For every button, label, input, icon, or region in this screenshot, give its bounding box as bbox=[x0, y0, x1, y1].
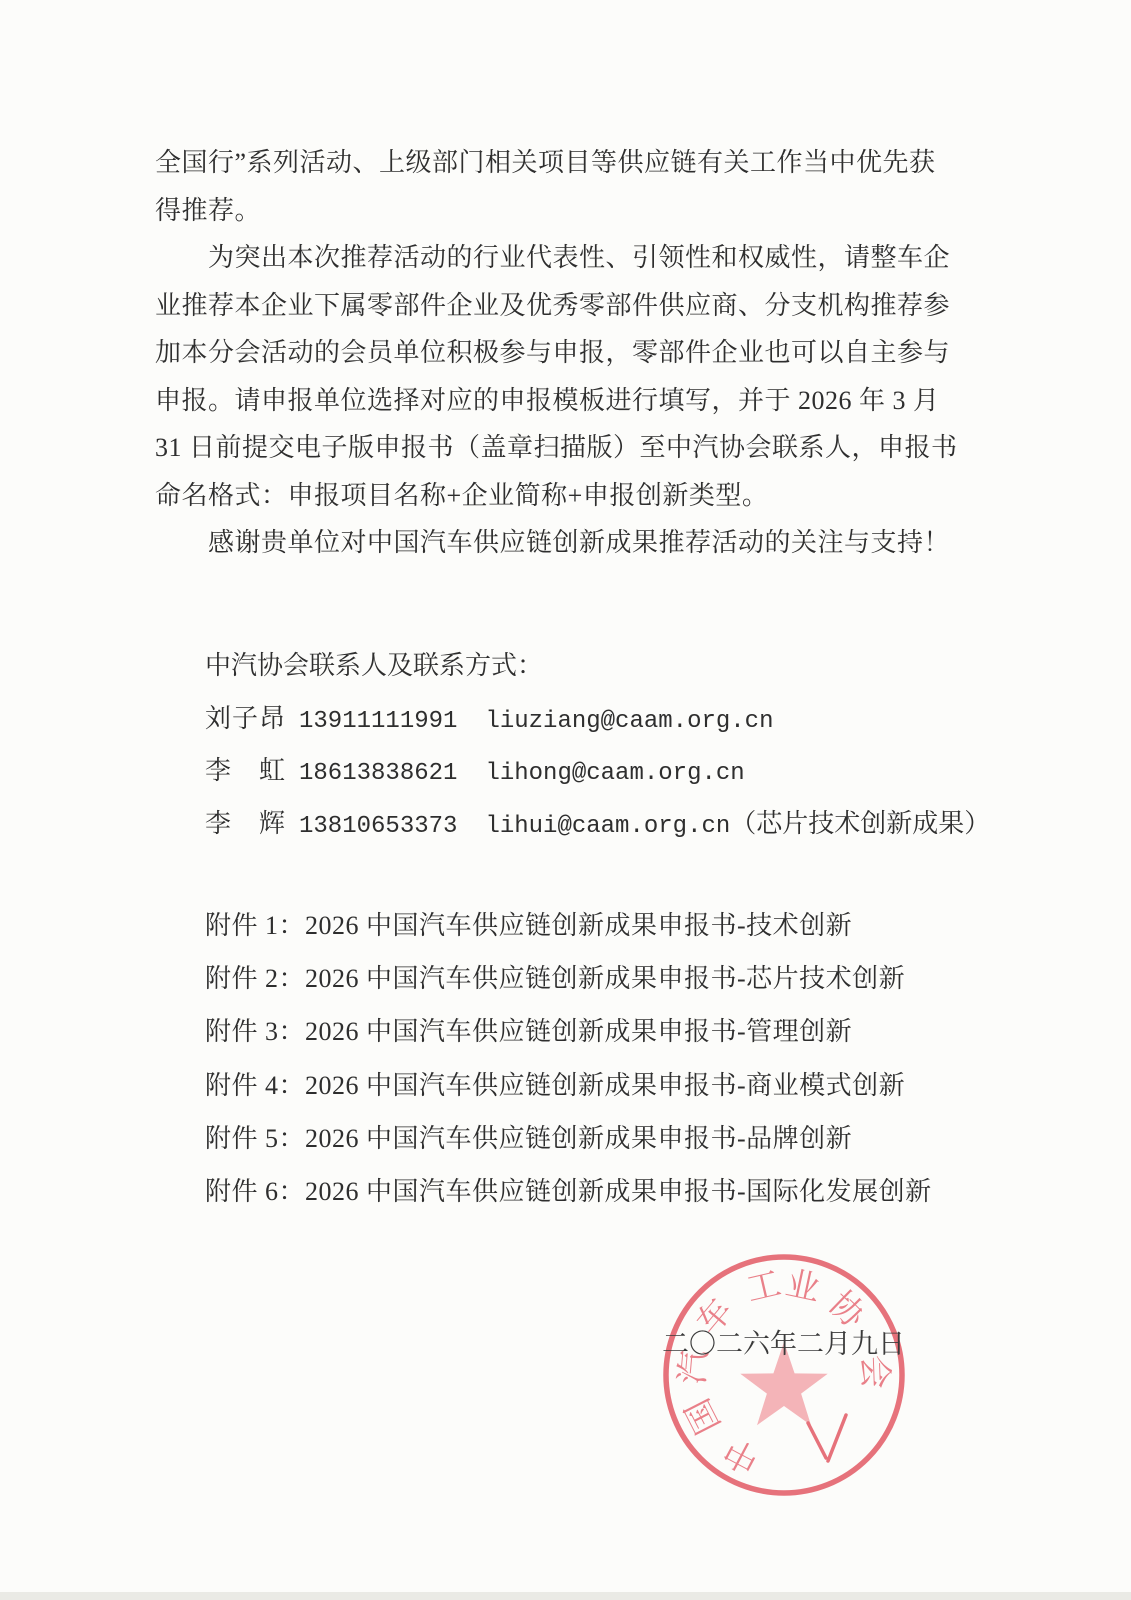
paragraph-line: 感谢贵单位对中国汽车供应链创新成果推荐活动的关注与支持！ bbox=[155, 519, 945, 567]
seal-ring-char: 业 bbox=[782, 1265, 823, 1308]
contact-heading: 中汽协会联系人及联系方式： bbox=[205, 640, 965, 693]
official-seal: 中 国 汽 车 工 业 协 会 bbox=[650, 1243, 920, 1515]
attachment-line: 附件 1：2026 中国汽车供应链创新成果申报书-技术创新 bbox=[205, 899, 1005, 952]
contact-note: （芯片技术创新成果） bbox=[730, 809, 990, 838]
attachments-section: 附件 1：2026 中国汽车供应链创新成果申报书-技术创新 附件 2：2026 … bbox=[205, 899, 1005, 1218]
seal-ring-char: 国 bbox=[680, 1392, 728, 1439]
body-text: 全国行”系列活动、上级部门相关项目等供应链有关工作当中优先获 得推荐。 为突出本… bbox=[155, 139, 945, 567]
contact-email: lihui@caam.org.cn bbox=[485, 813, 730, 840]
date-text: 二〇二六年二月九日 bbox=[662, 1322, 922, 1361]
paragraph-line: 申报。请申报单位选择对应的申报模板进行填写，并于 2026 年 3 月 bbox=[155, 377, 945, 425]
paragraph-line: 全国行”系列活动、上级部门相关项目等供应链有关工作当中优先获 bbox=[155, 139, 945, 187]
contact-email: liuziang@caam.org.cn bbox=[485, 708, 773, 735]
contact-phone: 13911111991 bbox=[299, 708, 457, 735]
contact-row: 刘子昂13911111991liuziang@caam.org.cn bbox=[205, 693, 965, 746]
seal-graphic: 中 国 汽 车 工 业 协 会 bbox=[650, 1243, 920, 1515]
paragraph-line: 得推荐。 bbox=[155, 187, 945, 235]
contact-phone: 13810653373 bbox=[299, 813, 457, 840]
contact-name: 李 辉 bbox=[205, 798, 287, 851]
paragraph-line: 业推荐本企业下属零部件企业及优秀零部件供应商、分支机构推荐参 bbox=[155, 282, 945, 330]
document-page: 全国行”系列活动、上级部门相关项目等供应链有关工作当中优先获 得推荐。 为突出本… bbox=[0, 0, 1131, 1600]
seal-ring-char: 工 bbox=[743, 1265, 784, 1309]
contacts-section: 中汽协会联系人及联系方式： 刘子昂13911111991liuziang@caa… bbox=[205, 640, 965, 850]
attachment-line: 附件 2：2026 中国汽车供应链创新成果申报书-芯片技术创新 bbox=[205, 952, 1005, 1005]
seal-ring-char: 中 bbox=[718, 1430, 766, 1480]
contact-phone: 18613838621 bbox=[299, 760, 457, 787]
contact-email: lihong@caam.org.cn bbox=[485, 760, 744, 787]
contact-row: 李 虹18613838621lihong@caam.org.cn bbox=[205, 745, 965, 798]
paragraph-line: 31 日前提交电子版申报书（盖章扫描版）至中汽协会联系人，申报书 bbox=[155, 424, 945, 472]
paragraph-line: 为突出本次推荐活动的行业代表性、引领性和权威性，请整车企 bbox=[155, 234, 945, 282]
paragraph-line: 命名格式：申报项目名称+企业简称+申报创新类型。 bbox=[155, 472, 945, 520]
attachment-line: 附件 5：2026 中国汽车供应链创新成果申报书-品牌创新 bbox=[205, 1112, 1005, 1165]
seal-slash-marks bbox=[808, 1415, 846, 1461]
attachment-line: 附件 3：2026 中国汽车供应链创新成果申报书-管理创新 bbox=[205, 1005, 1005, 1058]
attachment-line: 附件 4：2026 中国汽车供应链创新成果申报书-商业模式创新 bbox=[205, 1059, 1005, 1112]
paragraph-line: 加本分会活动的会员单位积极参与申报，零部件企业也可以自主参与 bbox=[155, 329, 945, 377]
contact-name: 李 虹 bbox=[205, 745, 287, 798]
contact-row: 李 辉13810653373lihui@caam.org.cn（芯片技术创新成果… bbox=[205, 798, 965, 851]
page-bottom-edge bbox=[0, 1592, 1131, 1600]
attachment-line: 附件 6：2026 中国汽车供应链创新成果申报书-国际化发展创新 bbox=[205, 1165, 1005, 1218]
contact-name: 刘子昂 bbox=[205, 693, 287, 746]
